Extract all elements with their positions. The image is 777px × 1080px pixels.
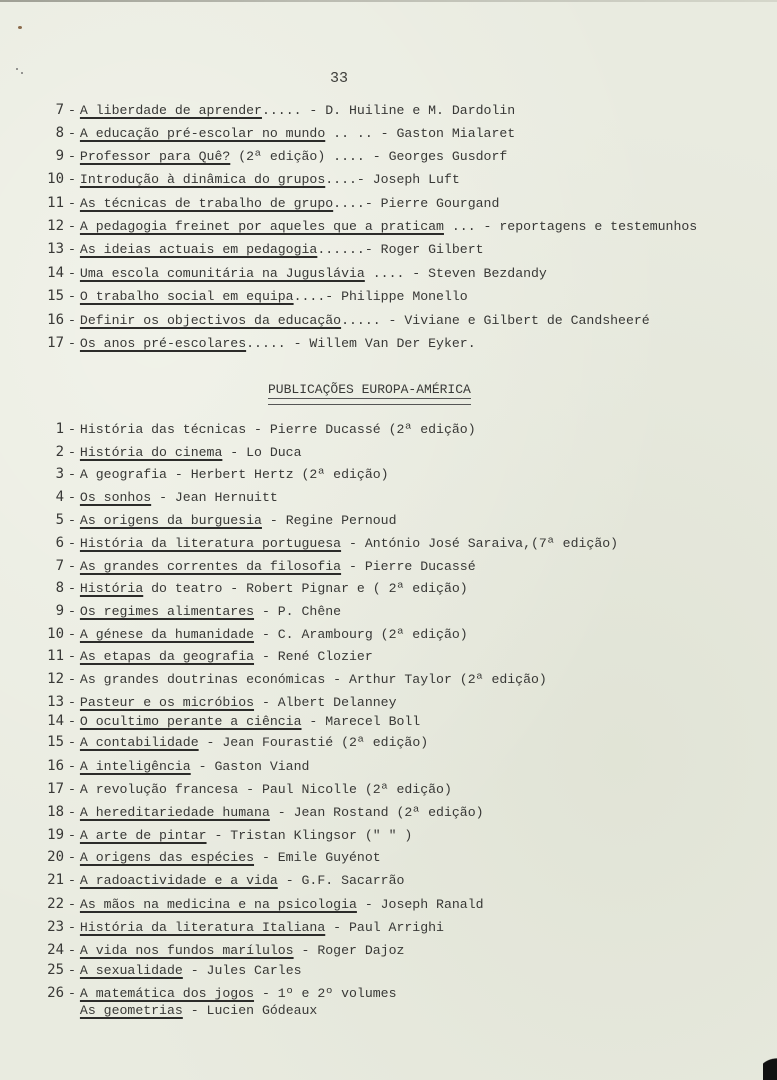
page-top-edge bbox=[0, 0, 777, 2]
entry-dash: - bbox=[68, 103, 76, 118]
book-title-plain: do teatro bbox=[143, 581, 222, 596]
book-title: A contabilidade bbox=[80, 735, 199, 750]
entry-number: 13 bbox=[36, 694, 64, 710]
book-title: A matemática dos jogos bbox=[80, 986, 254, 1001]
entry-dash: - bbox=[68, 219, 76, 234]
entry-dash: - bbox=[68, 490, 76, 505]
list-entry: 12-A pedagogia freinet por aqueles que a… bbox=[36, 218, 697, 235]
book-title: História bbox=[80, 581, 143, 596]
list-entry: 9-Os regimes alimentares - P. Chêne bbox=[36, 603, 341, 620]
entry-number: 15 bbox=[36, 734, 64, 750]
list-entry: 9-Professor para Quê? (2ª edição) .... -… bbox=[36, 148, 507, 165]
book-title: As mãos na medicina e na psicologia bbox=[80, 897, 357, 912]
book-author: - Jean Hernuitt bbox=[151, 490, 278, 505]
entry-number: 12 bbox=[36, 218, 64, 234]
entry-dash: - bbox=[68, 735, 76, 750]
list-entry: 15-O trabalho social em equipa....- Phil… bbox=[36, 288, 468, 305]
book-title: Pasteur e os micróbios bbox=[80, 695, 254, 710]
page-number: 33 bbox=[330, 70, 348, 87]
book-author: ....- Joseph Luft bbox=[325, 172, 460, 187]
entry-number: 25 bbox=[36, 962, 64, 978]
list-entry: 20-A origens das espécies - Emile Guyéno… bbox=[36, 849, 381, 866]
book-title: História do cinema bbox=[80, 445, 222, 460]
entry-number: 9 bbox=[36, 148, 64, 164]
book-title: A hereditariedade humana bbox=[80, 805, 270, 820]
entry-number: 22 bbox=[36, 896, 64, 912]
entry-dash: - bbox=[68, 445, 76, 460]
book-title: A inteligência bbox=[80, 759, 191, 774]
entry-number: 23 bbox=[36, 919, 64, 935]
book-author: ..... - Willem Van Der Eyker. bbox=[246, 336, 476, 351]
entry-number: 10 bbox=[36, 626, 64, 642]
entry-dash: - bbox=[68, 242, 76, 257]
entry-number: 11 bbox=[36, 195, 64, 211]
book-title: As ideias actuais em pedagogia bbox=[80, 242, 317, 257]
book-title: A liberdade de aprender bbox=[80, 103, 262, 118]
book-title: Uma escola comunitária na Juguslávia bbox=[80, 266, 365, 281]
list-entry: 16-A inteligência - Gaston Viand bbox=[36, 758, 309, 775]
book-author: - António José Saraiva,(7ª edição) bbox=[341, 536, 618, 551]
entry-dash: - bbox=[68, 805, 76, 820]
book-title: As grandes correntes da filosofia bbox=[80, 559, 341, 574]
book-author: - Lucien Gódeaux bbox=[183, 1003, 318, 1018]
book-author: ..... - D. Huiline e M. Dardolin bbox=[262, 103, 515, 118]
book-author: - Herbert Hertz (2ª edição) bbox=[167, 467, 389, 482]
entry-dash: - bbox=[68, 196, 76, 211]
book-author: - Albert Delanney bbox=[254, 695, 396, 710]
book-title: A sexualidade bbox=[80, 963, 183, 978]
book-title: A vida nos fundos marílulos bbox=[80, 943, 294, 958]
book-title: A arte de pintar bbox=[80, 828, 207, 843]
book-author: ....- Pierre Gourgand bbox=[333, 196, 499, 211]
entry-number: 17 bbox=[36, 781, 64, 797]
list-entry: 4-Os sonhos - Jean Hernuitt bbox=[36, 489, 278, 506]
paper-speck bbox=[21, 72, 23, 74]
entry-number: 16 bbox=[36, 312, 64, 328]
entry-dash: - bbox=[68, 536, 76, 551]
entry-dash: - bbox=[68, 828, 76, 843]
entry-dash: - bbox=[68, 920, 76, 935]
book-author: ....- Philippe Monello bbox=[294, 289, 468, 304]
entry-number: 8 bbox=[36, 580, 64, 596]
entry-dash: - bbox=[68, 873, 76, 888]
book-author: (2ª edição) .... - Georges Gusdorf bbox=[230, 149, 507, 164]
list-entry: 10-A génese da humanidade - C. Arambourg… bbox=[36, 626, 468, 643]
entry-dash: - bbox=[68, 986, 76, 1001]
entry-dash: - bbox=[68, 559, 76, 574]
book-author: - Paul Arrighi bbox=[325, 920, 444, 935]
entry-number: 15 bbox=[36, 288, 64, 304]
entry-number: 13 bbox=[36, 241, 64, 257]
entry-dash: - bbox=[68, 672, 76, 687]
entry-number: 20 bbox=[36, 849, 64, 865]
book-title: Os anos pré-escolares bbox=[80, 336, 246, 351]
entry-number: 7 bbox=[36, 558, 64, 574]
list-entry: 10-Introdução à dinâmica do grupos....- … bbox=[36, 171, 460, 188]
book-author: - P. Chêne bbox=[254, 604, 341, 619]
book-title: As etapas da geografia bbox=[80, 649, 254, 664]
list-entry: 14-O ocultimo perante a ciência - Marece… bbox=[36, 713, 420, 730]
book-author: - Marecel Boll bbox=[302, 714, 421, 729]
entry-dash: - bbox=[68, 513, 76, 528]
list-entry: 13-Pasteur e os micróbios - Albert Delan… bbox=[36, 694, 396, 711]
book-title: A pedagogia freinet por aqueles que a pr… bbox=[80, 219, 444, 234]
book-title: As técnicas de trabalho de grupo bbox=[80, 196, 333, 211]
book-author: - Paul Nicolle (2ª edição) bbox=[238, 782, 452, 797]
continuation-entry: -As geometrias - Lucien Gódeaux bbox=[36, 1003, 317, 1019]
list-entry: 16-Definir os objectivos da educação....… bbox=[36, 312, 650, 329]
entry-dash: - bbox=[68, 172, 76, 187]
list-entry: 5-As origens da burguesia - Regine Perno… bbox=[36, 512, 397, 529]
book-author: ... - reportagens e testemunhos bbox=[444, 219, 697, 234]
book-title: As geometrias bbox=[80, 1003, 183, 1018]
book-author: - Regine Pernoud bbox=[262, 513, 397, 528]
book-author: - C. Arambourg (2ª edição) bbox=[254, 627, 468, 642]
list-entry: 7-A liberdade de aprender..... - D. Huil… bbox=[36, 102, 515, 119]
list-entry: 7-As grandes correntes da filosofia - Pi… bbox=[36, 558, 476, 575]
entry-number: 2 bbox=[36, 444, 64, 460]
book-title-plain: A revolução francesa bbox=[80, 782, 238, 797]
entry-dash: - bbox=[68, 850, 76, 865]
book-author: ..... - Viviane e Gilbert de Candsheeré bbox=[341, 313, 650, 328]
entry-number: 6 bbox=[36, 535, 64, 551]
entry-number: 19 bbox=[36, 827, 64, 843]
list-entry: 22-As mãos na medicina e na psicologia -… bbox=[36, 896, 484, 913]
entry-number: 10 bbox=[36, 171, 64, 187]
book-title: A radoactividade e a vida bbox=[80, 873, 278, 888]
entry-number: 1 bbox=[36, 421, 64, 437]
book-title: A génese da humanidade bbox=[80, 627, 254, 642]
book-author: - G.F. Sacarrão bbox=[278, 873, 405, 888]
entry-number: 12 bbox=[36, 671, 64, 687]
paper-speck bbox=[16, 68, 18, 70]
entry-dash: - bbox=[68, 604, 76, 619]
list-entry: 1-História das técnicas - Pierre Ducassé… bbox=[36, 421, 476, 438]
list-entry: 12-As grandes doutrinas económicas - Art… bbox=[36, 671, 547, 688]
list-entry: 3-A geografia - Herbert Hertz (2ª edição… bbox=[36, 466, 389, 483]
book-title: O ocultimo perante a ciência bbox=[80, 714, 302, 729]
section-heading: PUBLICAÇÕES EUROPA-AMÉRICA bbox=[268, 382, 471, 405]
book-author: - Tristan Klingsor (" " ) bbox=[207, 828, 413, 843]
entry-dash: - bbox=[68, 695, 76, 710]
entry-dash: - bbox=[68, 581, 76, 596]
book-title-plain: As grandes doutrinas económicas bbox=[80, 672, 325, 687]
book-author: - Roger Dajoz bbox=[294, 943, 405, 958]
book-author: - Pierre Ducassé (2ª edição) bbox=[246, 422, 476, 437]
entry-number: 5 bbox=[36, 512, 64, 528]
list-entry: 14-Uma escola comunitária na Juguslávia … bbox=[36, 265, 547, 282]
entry-number: 24 bbox=[36, 942, 64, 958]
book-title: A educação pré-escolar no mundo bbox=[80, 126, 325, 141]
book-title: A origens das espécies bbox=[80, 850, 254, 865]
book-title: Introdução à dinâmica do grupos bbox=[80, 172, 325, 187]
list-entry: 17-A revolução francesa - Paul Nicolle (… bbox=[36, 781, 452, 798]
list-entry: 8-A educação pré-escolar no mundo .. .. … bbox=[36, 125, 515, 142]
entry-dash: - bbox=[68, 649, 76, 664]
book-title-plain: A geografia bbox=[80, 467, 167, 482]
entry-number: 3 bbox=[36, 466, 64, 482]
entry-number: 11 bbox=[36, 648, 64, 664]
entry-number: 18 bbox=[36, 804, 64, 820]
list-entry: 26-A matemática dos jogos - 1º e 2º volu… bbox=[36, 985, 396, 1002]
book-title: Os regimes alimentares bbox=[80, 604, 254, 619]
list-entry: 25-A sexualidade - Jules Carles bbox=[36, 962, 302, 979]
book-title: Os sonhos bbox=[80, 490, 151, 505]
entry-number: 16 bbox=[36, 758, 64, 774]
book-title: Professor para Quê? bbox=[80, 149, 230, 164]
book-author: - Jules Carles bbox=[183, 963, 302, 978]
entry-dash: - bbox=[68, 149, 76, 164]
entry-dash: - bbox=[68, 313, 76, 328]
book-title: História da literatura Italiana bbox=[80, 920, 325, 935]
book-author: - Robert Pignar e ( 2ª edição) bbox=[222, 581, 467, 596]
list-entry: 17-Os anos pré-escolares..... - Willem V… bbox=[36, 335, 476, 352]
section-heading-text: PUBLICAÇÕES EUROPA-AMÉRICA bbox=[268, 382, 471, 397]
entry-dash: - bbox=[68, 714, 76, 729]
entry-dash: - bbox=[68, 627, 76, 642]
book-title: As origens da burguesia bbox=[80, 513, 262, 528]
entry-dash: - bbox=[68, 336, 76, 351]
book-author: ......- Roger Gilbert bbox=[317, 242, 483, 257]
book-author: - Gaston Viand bbox=[191, 759, 310, 774]
book-author: - Pierre Ducassé bbox=[341, 559, 476, 574]
book-author: - Joseph Ranald bbox=[357, 897, 484, 912]
book-author: .. .. - Gaston Mialaret bbox=[325, 126, 515, 141]
entry-number: 14 bbox=[36, 265, 64, 281]
paper-speck bbox=[18, 26, 22, 29]
book-author: - Jean Fourastié (2ª edição) bbox=[199, 735, 429, 750]
entry-number: 4 bbox=[36, 489, 64, 505]
book-author: - René Clozier bbox=[254, 649, 373, 664]
book-author: - Lo Duca bbox=[222, 445, 301, 460]
entry-dash: - bbox=[68, 897, 76, 912]
entry-number: 26 bbox=[36, 985, 64, 1001]
book-author: .... - Steven Bezdandy bbox=[365, 266, 547, 281]
list-entry: 15-A contabilidade - Jean Fourastié (2ª … bbox=[36, 734, 428, 751]
entry-number: 8 bbox=[36, 125, 64, 141]
entry-dash: - bbox=[68, 422, 76, 437]
entry-dash: - bbox=[68, 467, 76, 482]
entry-number: 9 bbox=[36, 603, 64, 619]
list-entry: 11-As etapas da geografia - René Clozier bbox=[36, 648, 373, 665]
list-entry: 24-A vida nos fundos marílulos - Roger D… bbox=[36, 942, 404, 959]
book-title: História da literatura portuguesa bbox=[80, 536, 341, 551]
book-author: - Arthur Taylor (2ª edição) bbox=[325, 672, 547, 687]
list-entry: 8-História do teatro - Robert Pignar e (… bbox=[36, 580, 468, 597]
list-entry: 2-História do cinema - Lo Duca bbox=[36, 444, 302, 461]
list-entry: 21-A radoactividade e a vida - G.F. Saca… bbox=[36, 872, 404, 889]
book-title-plain: História das técnicas bbox=[80, 422, 246, 437]
list-entry: 23-História da literatura Italiana - Pau… bbox=[36, 919, 444, 936]
list-entry: 13-As ideias actuais em pedagogia......-… bbox=[36, 241, 484, 258]
list-entry: 19-A arte de pintar - Tristan Klingsor (… bbox=[36, 827, 412, 844]
list-entry: 6-História da literatura portuguesa - An… bbox=[36, 535, 618, 552]
entry-dash: - bbox=[68, 266, 76, 281]
book-author: - Jean Rostand (2ª edição) bbox=[270, 805, 484, 820]
page-corner-shadow bbox=[763, 1040, 777, 1080]
entry-number: 14 bbox=[36, 713, 64, 729]
book-author: - Emile Guyénot bbox=[254, 850, 381, 865]
entry-number: 17 bbox=[36, 335, 64, 351]
entry-dash: - bbox=[68, 759, 76, 774]
entry-dash: - bbox=[68, 289, 76, 304]
entry-dash: - bbox=[68, 782, 76, 797]
book-author: - 1º e 2º volumes bbox=[254, 986, 396, 1001]
book-title: Definir os objectivos da educação bbox=[80, 313, 341, 328]
double-underline bbox=[268, 398, 471, 405]
entry-dash: - bbox=[68, 963, 76, 978]
list-entry: 11-As técnicas de trabalho de grupo....-… bbox=[36, 195, 499, 212]
entry-number: 7 bbox=[36, 102, 64, 118]
entry-number: 21 bbox=[36, 872, 64, 888]
entry-dash: - bbox=[68, 943, 76, 958]
list-entry: 18-A hereditariedade humana - Jean Rosta… bbox=[36, 804, 484, 821]
book-title: O trabalho social em equipa bbox=[80, 289, 294, 304]
entry-dash: - bbox=[68, 126, 76, 141]
